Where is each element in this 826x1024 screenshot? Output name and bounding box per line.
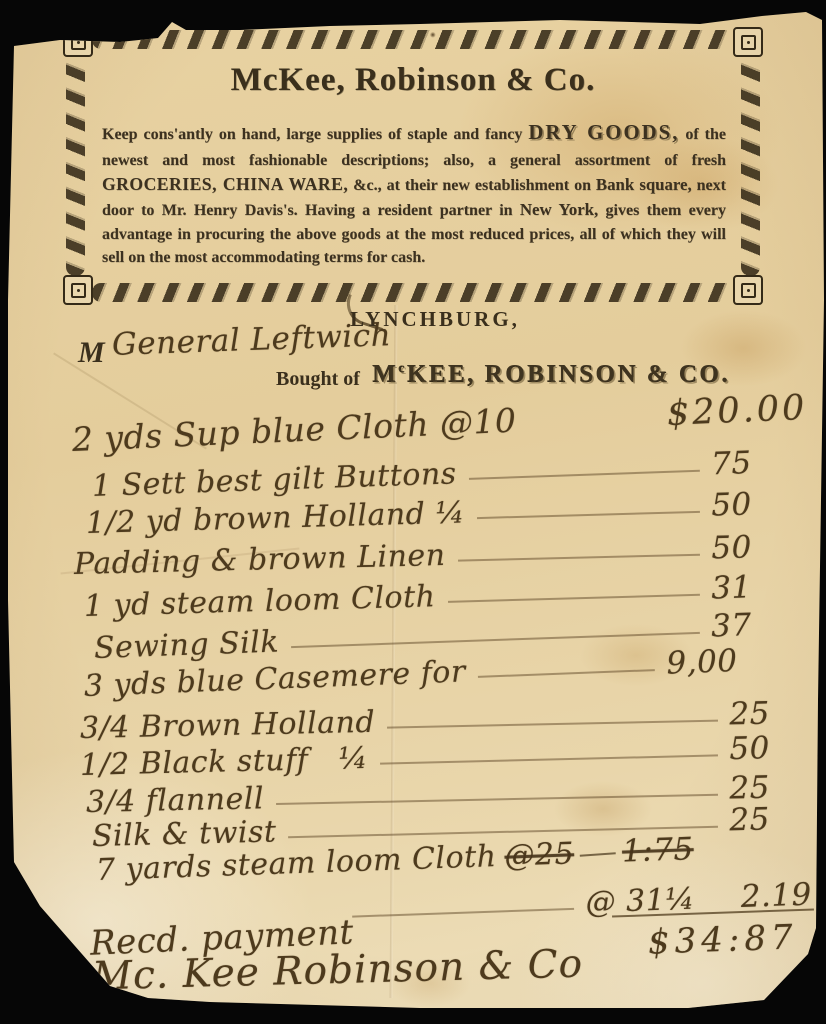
border-corner-ornament bbox=[733, 275, 763, 305]
item-description: 1/2 yd brown Holland ¼ bbox=[86, 495, 466, 541]
vendor-name-superscript: c bbox=[398, 360, 407, 375]
scanned-receipt: McKee, Robinson & Co. Keep cons'antly on… bbox=[0, 0, 826, 1024]
ink-dash-line bbox=[458, 554, 700, 562]
item-amount: 9,00 bbox=[666, 643, 738, 682]
vendor-name-initial: M bbox=[372, 360, 398, 387]
struck-amount: 1:75 bbox=[621, 831, 694, 869]
item-description: 1/2 Black stuff ¼ bbox=[80, 741, 369, 783]
sold-to-prefix: M bbox=[78, 336, 105, 370]
ink-dash-line bbox=[477, 511, 699, 519]
border-corner-ornament bbox=[63, 27, 93, 57]
item-amount: 50 bbox=[711, 486, 752, 523]
item-description: 2 yds Sup blue Cloth @10 bbox=[71, 401, 517, 459]
item-amount: 50 bbox=[711, 529, 752, 566]
ink-dash-line bbox=[448, 594, 700, 603]
total-amount: $34:87 bbox=[648, 917, 799, 962]
border-corner-ornament bbox=[733, 27, 763, 57]
letterhead-border-frame: McKee, Robinson & Co. Keep cons'antly on… bbox=[66, 30, 760, 302]
vendor-name-rest: KEE, ROBINSON & CO. bbox=[407, 360, 730, 387]
letterhead-advertisement-text: Keep cons'antly on hand, large supplies … bbox=[102, 118, 726, 270]
ink-scribble bbox=[580, 852, 616, 857]
bought-of-label: Bought of bbox=[276, 368, 360, 391]
paper-sheet: McKee, Robinson & Co. Keep cons'antly on… bbox=[0, 0, 826, 1024]
item-amount: 50 bbox=[729, 730, 770, 767]
border-corner-ornament bbox=[63, 275, 93, 305]
item-amount: 31 bbox=[711, 569, 752, 606]
ink-dash-line bbox=[380, 754, 717, 764]
rope-border-bottom bbox=[92, 283, 734, 302]
vendor-name: McKEE, ROBINSON & CO. bbox=[372, 360, 730, 388]
ink-dash-line bbox=[352, 908, 574, 918]
item-description: 3/4 Brown Holland bbox=[80, 705, 376, 746]
item-description: 1 yd steam loom Cloth bbox=[84, 579, 436, 624]
item-amount: 75 bbox=[711, 445, 753, 482]
struck-rate: @25 bbox=[504, 836, 575, 873]
ink-dash-line bbox=[469, 470, 700, 480]
ink-dash-line bbox=[387, 720, 717, 729]
company-title: McKee, Robinson & Co. bbox=[66, 62, 760, 99]
item-amount: $20.00 bbox=[666, 388, 808, 434]
rope-border-top bbox=[92, 30, 734, 49]
item-description: Padding & brown Linen bbox=[74, 538, 446, 582]
item-description: Sewing Silk bbox=[93, 625, 279, 666]
item-amount: 25 bbox=[729, 696, 770, 733]
item-amount: 37 bbox=[711, 607, 753, 644]
ink-dash-line bbox=[478, 669, 655, 678]
